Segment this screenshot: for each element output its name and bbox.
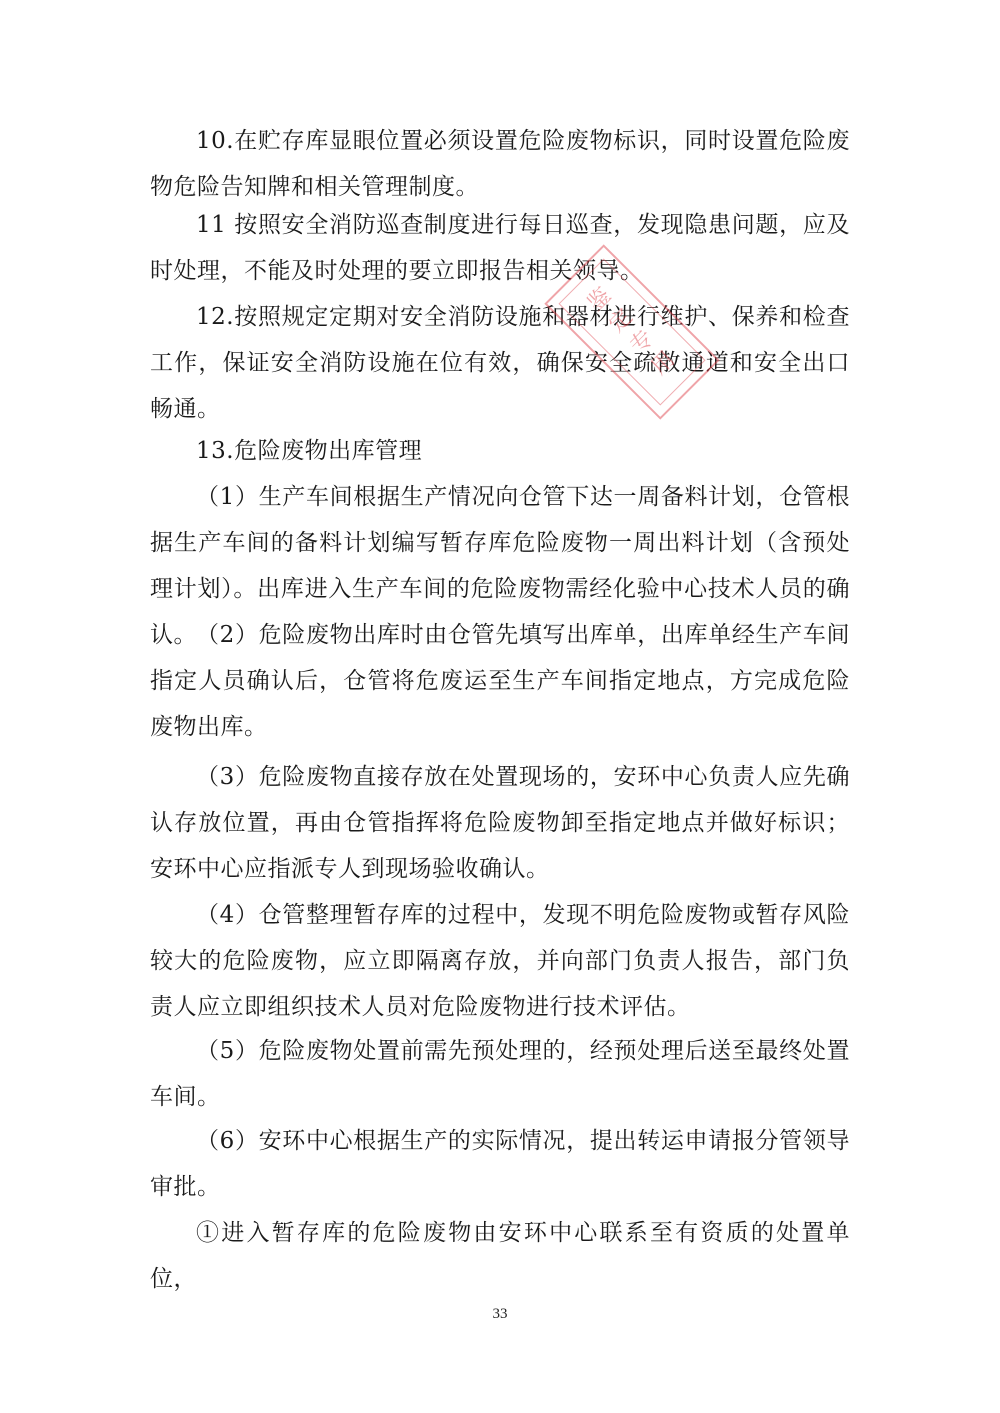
paragraph-13-4: （4）仓管整理暂存库的过程中，发现不明危险废物或暂存风险较大的危险废物，应立即隔…	[150, 892, 850, 1030]
paragraph-11: 11 按照安全消防巡查制度进行每日巡查，发现隐患问题，应及时处理，不能及时处理的…	[150, 202, 850, 294]
paragraph-13-6: （6）安环中心根据生产的实际情况，提出转运申请报分管领导审批。	[150, 1118, 850, 1210]
paragraph-10: 10.在贮存库显眼位置必须设置危险废物标识，同时设置危险废物危险告知牌和相关管理…	[150, 118, 850, 210]
paragraph-13-2: （2）危险废物出库时由仓管先填写出库单，出库单经生产车间指定人员确认后，仓管将危…	[150, 612, 850, 750]
page-number: 33	[0, 1306, 1000, 1323]
paragraph-12: 12.按照规定定期对安全消防设施和器材进行维护、保养和检查工作，保证安全消防设施…	[150, 294, 850, 432]
section-heading-13: 13.危险废物出库管理	[150, 428, 850, 474]
paragraph-13-3: （3）危险废物直接存放在处置现场的，安环中心负责人应先确认存放位置，再由仓管指挥…	[150, 754, 850, 892]
document-page: 10.在贮存库显眼位置必须设置危险废物标识，同时设置危险废物危险告知牌和相关管理…	[0, 0, 1000, 1413]
paragraph-13-6-1: ①进入暂存库的危险废物由安环中心联系至有资质的处置单位，	[150, 1210, 850, 1302]
paragraph-13-5: （5）危险废物处置前需先预处理的，经预处理后送至最终处置车间。	[150, 1028, 850, 1120]
